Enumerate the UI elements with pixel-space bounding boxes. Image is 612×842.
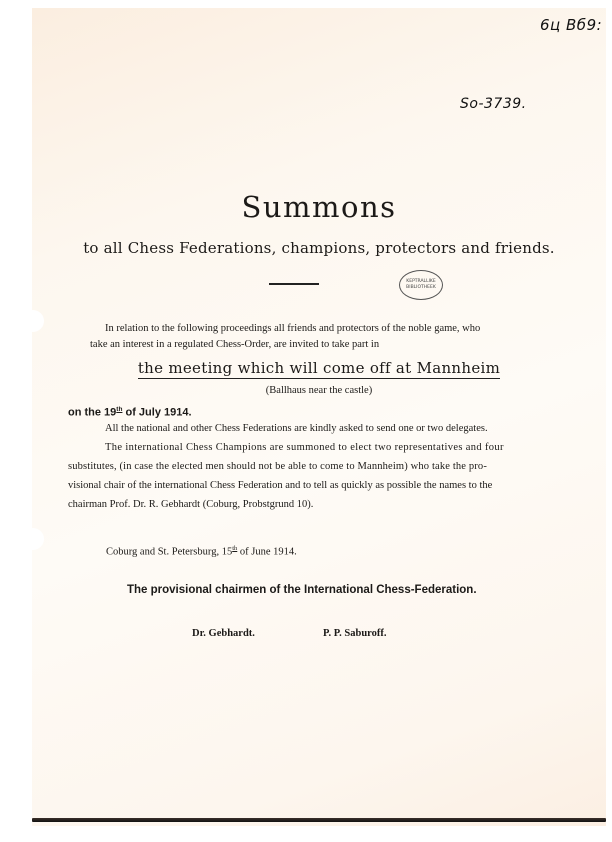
meeting-date: on the 19th of July 1914. xyxy=(68,401,192,422)
document-page: 6ц Bб9: So-3739. Summons to all Chess Fe… xyxy=(32,8,606,826)
meeting-location: (Ballhaus near the castle) xyxy=(32,382,606,400)
intro-line-2: take an interest in a regulated Chess-Or… xyxy=(90,336,379,354)
meeting-heading-text: the meeting which will come off at Mannh… xyxy=(138,359,500,379)
document-subtitle: to all Chess Federations, champions, pro… xyxy=(32,239,606,257)
document-title: Summons xyxy=(32,190,606,224)
punch-hole-top xyxy=(22,310,44,332)
title-divider xyxy=(269,283,319,285)
library-stamp: KEPTRALLIKE BIBLIOTHEEK xyxy=(399,270,443,300)
stamp-line-2: BIBLIOTHEEK xyxy=(400,285,442,291)
champions-line-4: chairman Prof. Dr. R. Gebhardt (Coburg, … xyxy=(68,496,313,514)
page-bottom-edge xyxy=(32,818,606,822)
handwritten-catalog-number: So-3739. xyxy=(460,96,527,112)
champions-line-2: substitutes, (in case the elected men sh… xyxy=(68,458,487,476)
signatory-gebhardt: Dr. Gebhardt. xyxy=(192,625,255,643)
champions-line-3: visional chair of the international Ches… xyxy=(68,477,492,495)
meeting-heading: the meeting which will come off at Mannh… xyxy=(32,359,606,379)
place-and-date: Coburg and St. Petersburg, 15th of June … xyxy=(106,540,297,562)
signatories-heading: The provisional chairmen of the Internat… xyxy=(127,581,477,599)
handwritten-annotation-top-right: 6ц Bб9: xyxy=(540,16,602,34)
punch-hole-bottom xyxy=(22,528,44,550)
delegates-line: All the national and other Chess Federat… xyxy=(105,420,488,438)
champions-line-1: The international Chess Champions are su… xyxy=(105,439,504,457)
signatory-saburoff: P. P. Saburoff. xyxy=(323,625,387,643)
